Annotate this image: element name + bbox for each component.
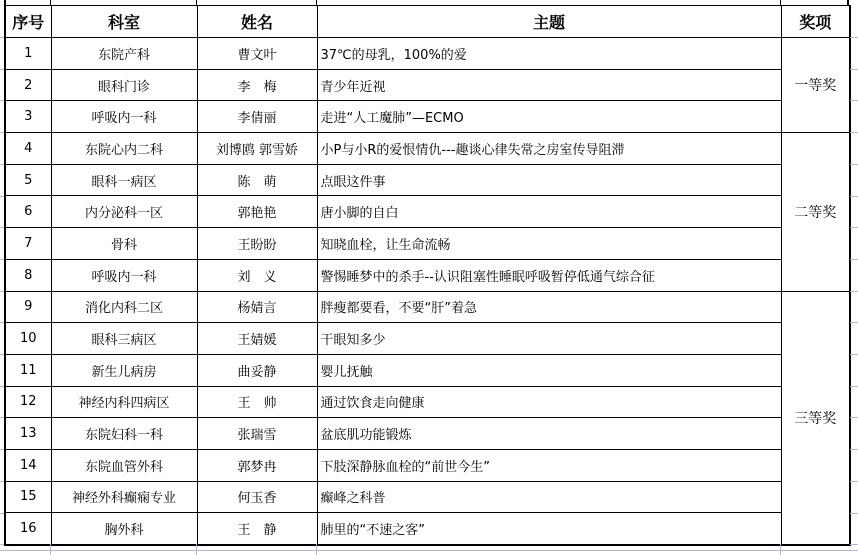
cell-topic[interactable]: 37℃的母乳，100%的爱 bbox=[317, 38, 781, 70]
cell-dept[interactable]: 骨科 bbox=[51, 228, 197, 260]
table-row: 14东院血管外科郭梦冉下肢深静脉血栓的“前世今生” bbox=[5, 449, 850, 481]
gridline bbox=[850, 449, 858, 450]
cell-topic[interactable]: 通过饮食走向健康 bbox=[317, 386, 781, 418]
gridline bbox=[850, 544, 858, 545]
gridline bbox=[850, 291, 858, 292]
cell-dept[interactable]: 新生儿病房 bbox=[51, 354, 197, 386]
cell-index[interactable]: 15 bbox=[5, 481, 51, 513]
gridline bbox=[0, 354, 4, 355]
cell-dept[interactable]: 眼科三病区 bbox=[51, 323, 197, 355]
gridline bbox=[0, 100, 4, 101]
gridline bbox=[0, 132, 4, 133]
cell-topic[interactable]: 干眼知多少 bbox=[317, 323, 781, 355]
gridline bbox=[850, 354, 858, 355]
gridline bbox=[850, 513, 858, 514]
cell-name[interactable]: 刘博鸥 郭雪娇 bbox=[197, 133, 317, 165]
gridline bbox=[0, 322, 4, 323]
gridline bbox=[0, 513, 4, 514]
table-row: 3呼吸内一科李倩丽走进“人工魔肺”—ECMO bbox=[5, 101, 850, 133]
cell-name[interactable]: 张瑞雪 bbox=[197, 418, 317, 450]
cell-topic[interactable]: 肺里的“不速之客” bbox=[317, 513, 781, 545]
gridline bbox=[0, 37, 4, 38]
cell-dept[interactable]: 消化内科二区 bbox=[51, 291, 197, 323]
gridline bbox=[850, 164, 858, 165]
cell-index[interactable]: 7 bbox=[5, 228, 51, 260]
cell-dept[interactable]: 呼吸内一科 bbox=[51, 259, 197, 291]
cell-dept[interactable]: 内分泌科一区 bbox=[51, 196, 197, 228]
gridline bbox=[850, 386, 858, 387]
gridline bbox=[850, 417, 858, 418]
cell-name[interactable]: 杨婧言 bbox=[197, 291, 317, 323]
cell-award[interactable]: 二等奖 bbox=[781, 133, 850, 291]
cell-topic[interactable]: 下肢深静脉血栓的“前世今生” bbox=[317, 449, 781, 481]
table-continuation-line bbox=[847, 0, 849, 5]
cell-name[interactable]: 李 梅 bbox=[197, 69, 317, 101]
cell-index[interactable]: 6 bbox=[5, 196, 51, 228]
table-row: 1东院产科曹文叶37℃的母乳，100%的爱一等奖 bbox=[5, 38, 850, 70]
table-continuation-line bbox=[196, 0, 197, 5]
cell-name[interactable]: 王盼盼 bbox=[197, 228, 317, 260]
cell-name[interactable]: 曹文叶 bbox=[197, 38, 317, 70]
cell-index[interactable]: 13 bbox=[5, 418, 51, 450]
cell-index[interactable]: 5 bbox=[5, 164, 51, 196]
cell-index[interactable]: 10 bbox=[5, 323, 51, 355]
cell-name[interactable]: 曲妥静 bbox=[197, 354, 317, 386]
cell-topic[interactable]: 唐小脚的自白 bbox=[317, 196, 781, 228]
cell-dept[interactable]: 眼科一病区 bbox=[51, 164, 197, 196]
table-continuation-line bbox=[50, 0, 51, 5]
cell-award[interactable]: 三等奖 bbox=[781, 291, 850, 545]
header-topic[interactable]: 主题 bbox=[317, 6, 781, 38]
table-row: 12神经内科四病区王 帅通过饮食走向健康 bbox=[5, 386, 850, 418]
gridline bbox=[850, 322, 858, 323]
cell-index[interactable]: 12 bbox=[5, 386, 51, 418]
gridline bbox=[0, 550, 858, 551]
cell-dept[interactable]: 东院心内二科 bbox=[51, 133, 197, 165]
table-continuation-line bbox=[316, 0, 317, 5]
cell-index[interactable]: 11 bbox=[5, 354, 51, 386]
gridline bbox=[0, 386, 4, 387]
cell-name[interactable]: 王婧媛 bbox=[197, 323, 317, 355]
awards-table: 序号 科室 姓名 主题 奖项 1东院产科曹文叶37℃的母乳，100%的爱一等奖2… bbox=[4, 5, 851, 546]
cell-name[interactable]: 王 静 bbox=[197, 513, 317, 545]
table-continuation-line bbox=[780, 0, 781, 5]
table-row: 7骨科王盼盼知晓血栓，让生命流畅 bbox=[5, 228, 850, 260]
table-row: 5眼科一病区陈 萌点眼这件事 bbox=[5, 164, 850, 196]
table-row: 9消化内科二区杨婧言胖瘦都要看，不要“肝”着急三等奖 bbox=[5, 291, 850, 323]
cell-award[interactable]: 一等奖 bbox=[781, 38, 850, 133]
cell-name[interactable]: 陈 萌 bbox=[197, 164, 317, 196]
gridline bbox=[0, 196, 4, 197]
cell-index[interactable]: 14 bbox=[5, 449, 51, 481]
header-row: 序号 科室 姓名 主题 奖项 bbox=[5, 6, 850, 38]
cell-dept[interactable]: 呼吸内一科 bbox=[51, 101, 197, 133]
cell-name[interactable]: 王 帅 bbox=[197, 386, 317, 418]
cell-dept[interactable]: 眼科门诊 bbox=[51, 69, 197, 101]
cell-dept[interactable]: 东院妇科一科 bbox=[51, 418, 197, 450]
cell-index[interactable]: 8 bbox=[5, 259, 51, 291]
cell-topic[interactable]: 点眼这件事 bbox=[317, 164, 781, 196]
table-row: 4东院心内二科刘博鸥 郭雪娇小P与小R的爱恨情仇---趣谈心律失常之房室传导阻滞… bbox=[5, 133, 850, 165]
cell-name[interactable]: 刘 义 bbox=[197, 259, 317, 291]
table-row: 13东院妇科一科张瑞雪盆底肌功能锻炼 bbox=[5, 418, 850, 450]
gridline bbox=[850, 481, 858, 482]
table-row: 2眼科门诊李 梅青少年近视 bbox=[5, 69, 850, 101]
gridline bbox=[0, 291, 4, 292]
cell-index[interactable]: 2 bbox=[5, 69, 51, 101]
header-name[interactable]: 姓名 bbox=[197, 6, 317, 38]
cell-topic[interactable]: 知晓血栓，让生命流畅 bbox=[317, 228, 781, 260]
gridline bbox=[0, 259, 4, 260]
gridline bbox=[850, 227, 858, 228]
cell-index[interactable]: 1 bbox=[5, 38, 51, 70]
gridline bbox=[0, 417, 4, 418]
cell-index[interactable]: 4 bbox=[5, 133, 51, 165]
cell-topic[interactable]: 走进“人工魔肺”—ECMO bbox=[317, 101, 781, 133]
cell-name[interactable]: 李倩丽 bbox=[197, 101, 317, 133]
table-row: 10眼科三病区王婧媛干眼知多少 bbox=[5, 323, 850, 355]
cell-name[interactable]: 郭艳艳 bbox=[197, 196, 317, 228]
gridline bbox=[850, 259, 858, 260]
gridline bbox=[0, 227, 4, 228]
table-row: 16胸外科王 静肺里的“不速之客” bbox=[5, 513, 850, 545]
cell-dept[interactable]: 东院血管外科 bbox=[51, 449, 197, 481]
cell-dept[interactable]: 胸外科 bbox=[51, 513, 197, 545]
table-row: 11新生儿病房曲妥静婴儿抚触 bbox=[5, 354, 850, 386]
cell-index[interactable]: 16 bbox=[5, 513, 51, 545]
cell-name[interactable]: 郭梦冉 bbox=[197, 449, 317, 481]
gridline bbox=[0, 69, 4, 70]
cell-topic[interactable]: 青少年近视 bbox=[317, 69, 781, 101]
table-continuation-line bbox=[4, 0, 6, 5]
cell-topic[interactable]: 警惕睡梦中的杀手--认识阻塞性睡眠呼吸暂停低通气综合征 bbox=[317, 259, 781, 291]
table-row: 8呼吸内一科刘 义警惕睡梦中的杀手--认识阻塞性睡眠呼吸暂停低通气综合征 bbox=[5, 259, 850, 291]
gridline bbox=[0, 164, 4, 165]
cell-topic[interactable]: 婴儿抚触 bbox=[317, 354, 781, 386]
gridline bbox=[850, 69, 858, 70]
cell-topic[interactable]: 胖瘦都要看，不要“肝”着急 bbox=[317, 291, 781, 323]
cell-dept[interactable]: 神经内科四病区 bbox=[51, 386, 197, 418]
gridline bbox=[850, 132, 858, 133]
table-row: 15神经外科癫痫专业何玉香癫峰之科普 bbox=[5, 481, 850, 513]
gridline bbox=[0, 544, 4, 545]
cell-index[interactable]: 3 bbox=[5, 101, 51, 133]
gridline bbox=[850, 196, 858, 197]
cell-topic[interactable]: 癫峰之科普 bbox=[317, 481, 781, 513]
table-body: 1东院产科曹文叶37℃的母乳，100%的爱一等奖2眼科门诊李 梅青少年近视3呼吸… bbox=[5, 38, 850, 545]
gridline bbox=[0, 481, 4, 482]
header-dept[interactable]: 科室 bbox=[51, 6, 197, 38]
cell-dept[interactable]: 东院产科 bbox=[51, 38, 197, 70]
cell-topic[interactable]: 小P与小R的爱恨情仇---趣谈心律失常之房室传导阻滞 bbox=[317, 133, 781, 165]
cell-dept[interactable]: 神经外科癫痫专业 bbox=[51, 481, 197, 513]
cell-name[interactable]: 何玉香 bbox=[197, 481, 317, 513]
header-index[interactable]: 序号 bbox=[5, 6, 51, 38]
header-award[interactable]: 奖项 bbox=[781, 6, 850, 38]
gridline bbox=[0, 449, 4, 450]
cell-index[interactable]: 9 bbox=[5, 291, 51, 323]
gridline bbox=[850, 37, 858, 38]
gridline bbox=[850, 100, 858, 101]
spreadsheet-canvas: 序号 科室 姓名 主题 奖项 1东院产科曹文叶37℃的母乳，100%的爱一等奖2… bbox=[0, 0, 858, 555]
table-row: 6内分泌科一区郭艳艳唐小脚的自白 bbox=[5, 196, 850, 228]
cell-topic[interactable]: 盆底肌功能锻炼 bbox=[317, 418, 781, 450]
